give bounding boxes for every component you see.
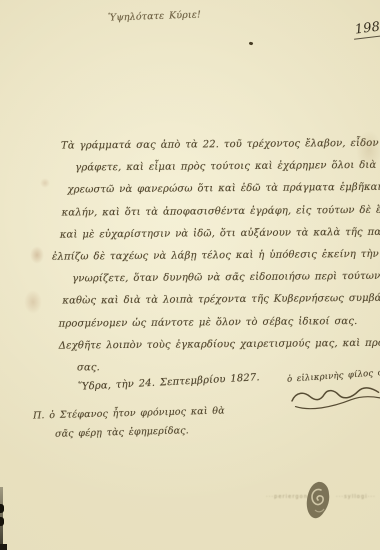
body-line: καθὼς καὶ διὰ τὰ λοιπὰ τρέχοντα τῆς Κυβε… — [62, 288, 380, 314]
closing-line: Δεχθῆτε λοιπὸν τοὺς ἐγκαρδίους χαιρετισμ… — [59, 332, 380, 358]
body-line: Τὰ γράμματά σας ἀπὸ τὰ 22. τοῦ τρέχοντος… — [61, 132, 380, 158]
scanned-letter-page: Ὑψηλότατε Κύριε! 198 Τὰ γράμματά σας ἀπὸ… — [0, 0, 380, 550]
postscript-line: σᾶς φέρῃ τὰς ἐφημερίδας. — [55, 425, 189, 440]
body-line: καὶ μὲ εὐχαρίστησιν νὰ ἰδῶ, ὅτι αὐξάνουν… — [60, 221, 380, 247]
body-line: χρεωστῶ νὰ φανερώσω ὅτι καὶ ἐδῶ τὰ πράγμ… — [67, 177, 380, 202]
signature-flourish-icon — [288, 380, 380, 418]
ink-speck — [249, 41, 254, 45]
archive-number: 198 — [352, 19, 380, 40]
stain — [24, 290, 42, 314]
salutation-line: Ὑψηλότατε Κύριε! — [108, 9, 201, 23]
postscript-line: Π. ὁ Στέφανος ἦτον φρόνιμος καὶ θὰ — [33, 405, 225, 421]
body-line: προσμένομεν ὡς πάντοτε μὲ ὅλον τὸ σέβας … — [58, 310, 380, 336]
stain — [30, 246, 44, 264]
body-line: γνωρίζετε, ὅταν δυνηθῶ νὰ σᾶς εἰδοποιήσω… — [72, 265, 380, 290]
body-line: καλήν, καὶ ὅτι τὰ ἀποφασισθέντα ἐγράφη, … — [62, 199, 380, 225]
corner-shadow — [0, 544, 7, 550]
stain — [40, 178, 50, 188]
stain — [356, 130, 380, 170]
letter-body: Τὰ γράμματά σας ἀπὸ τὰ 22. τοῦ τρέχοντος… — [39, 132, 380, 380]
archive-seal-icon — [303, 480, 333, 526]
body-line: ἐλπίζω δὲ ταχέως νὰ λάβῃ τέλος καὶ ἡ ὑπό… — [52, 243, 380, 269]
edge-mark — [0, 504, 4, 513]
body-line: γράφετε, καὶ εἶμαι πρὸς τούτοις καὶ ἐχάρ… — [75, 154, 380, 179]
edge-mark — [0, 517, 4, 526]
stamp-right-text: ···syllogi··· — [336, 494, 376, 500]
